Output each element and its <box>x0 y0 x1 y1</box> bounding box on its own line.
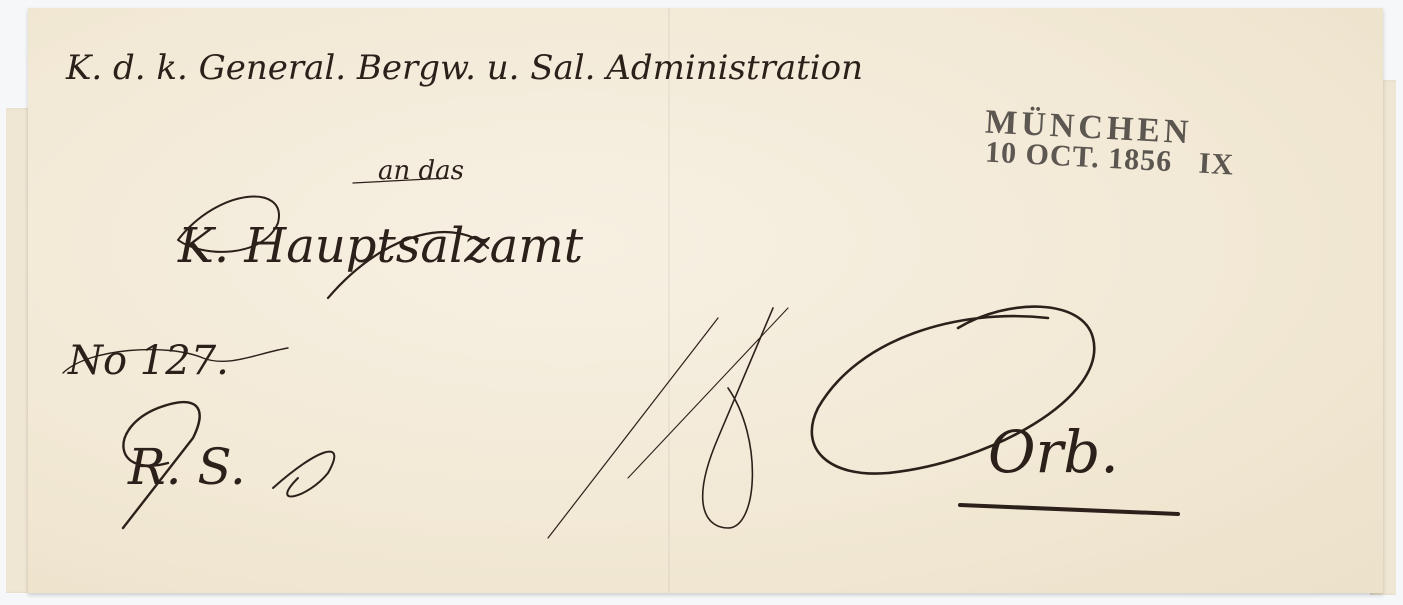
folded-letter: K. d. k. General. Bergw. u. Sal. Adminis… <box>28 8 1383 593</box>
reference-number: No 127. <box>68 338 229 384</box>
sender-line: K. d. k. General. Bergw. u. Sal. Adminis… <box>66 48 863 88</box>
handwriting-strokes <box>28 8 1383 593</box>
addressee-line: K. Hauptsalzamt <box>178 218 583 274</box>
destination: Orb. <box>988 418 1119 486</box>
postmark-time: IX <box>1198 147 1235 182</box>
salutation-line: an das <box>378 156 464 186</box>
service-mark: R. S. <box>128 438 246 496</box>
postmark-stamp: MÜNCHEN 10 OCT. 1856 IX <box>985 112 1234 174</box>
